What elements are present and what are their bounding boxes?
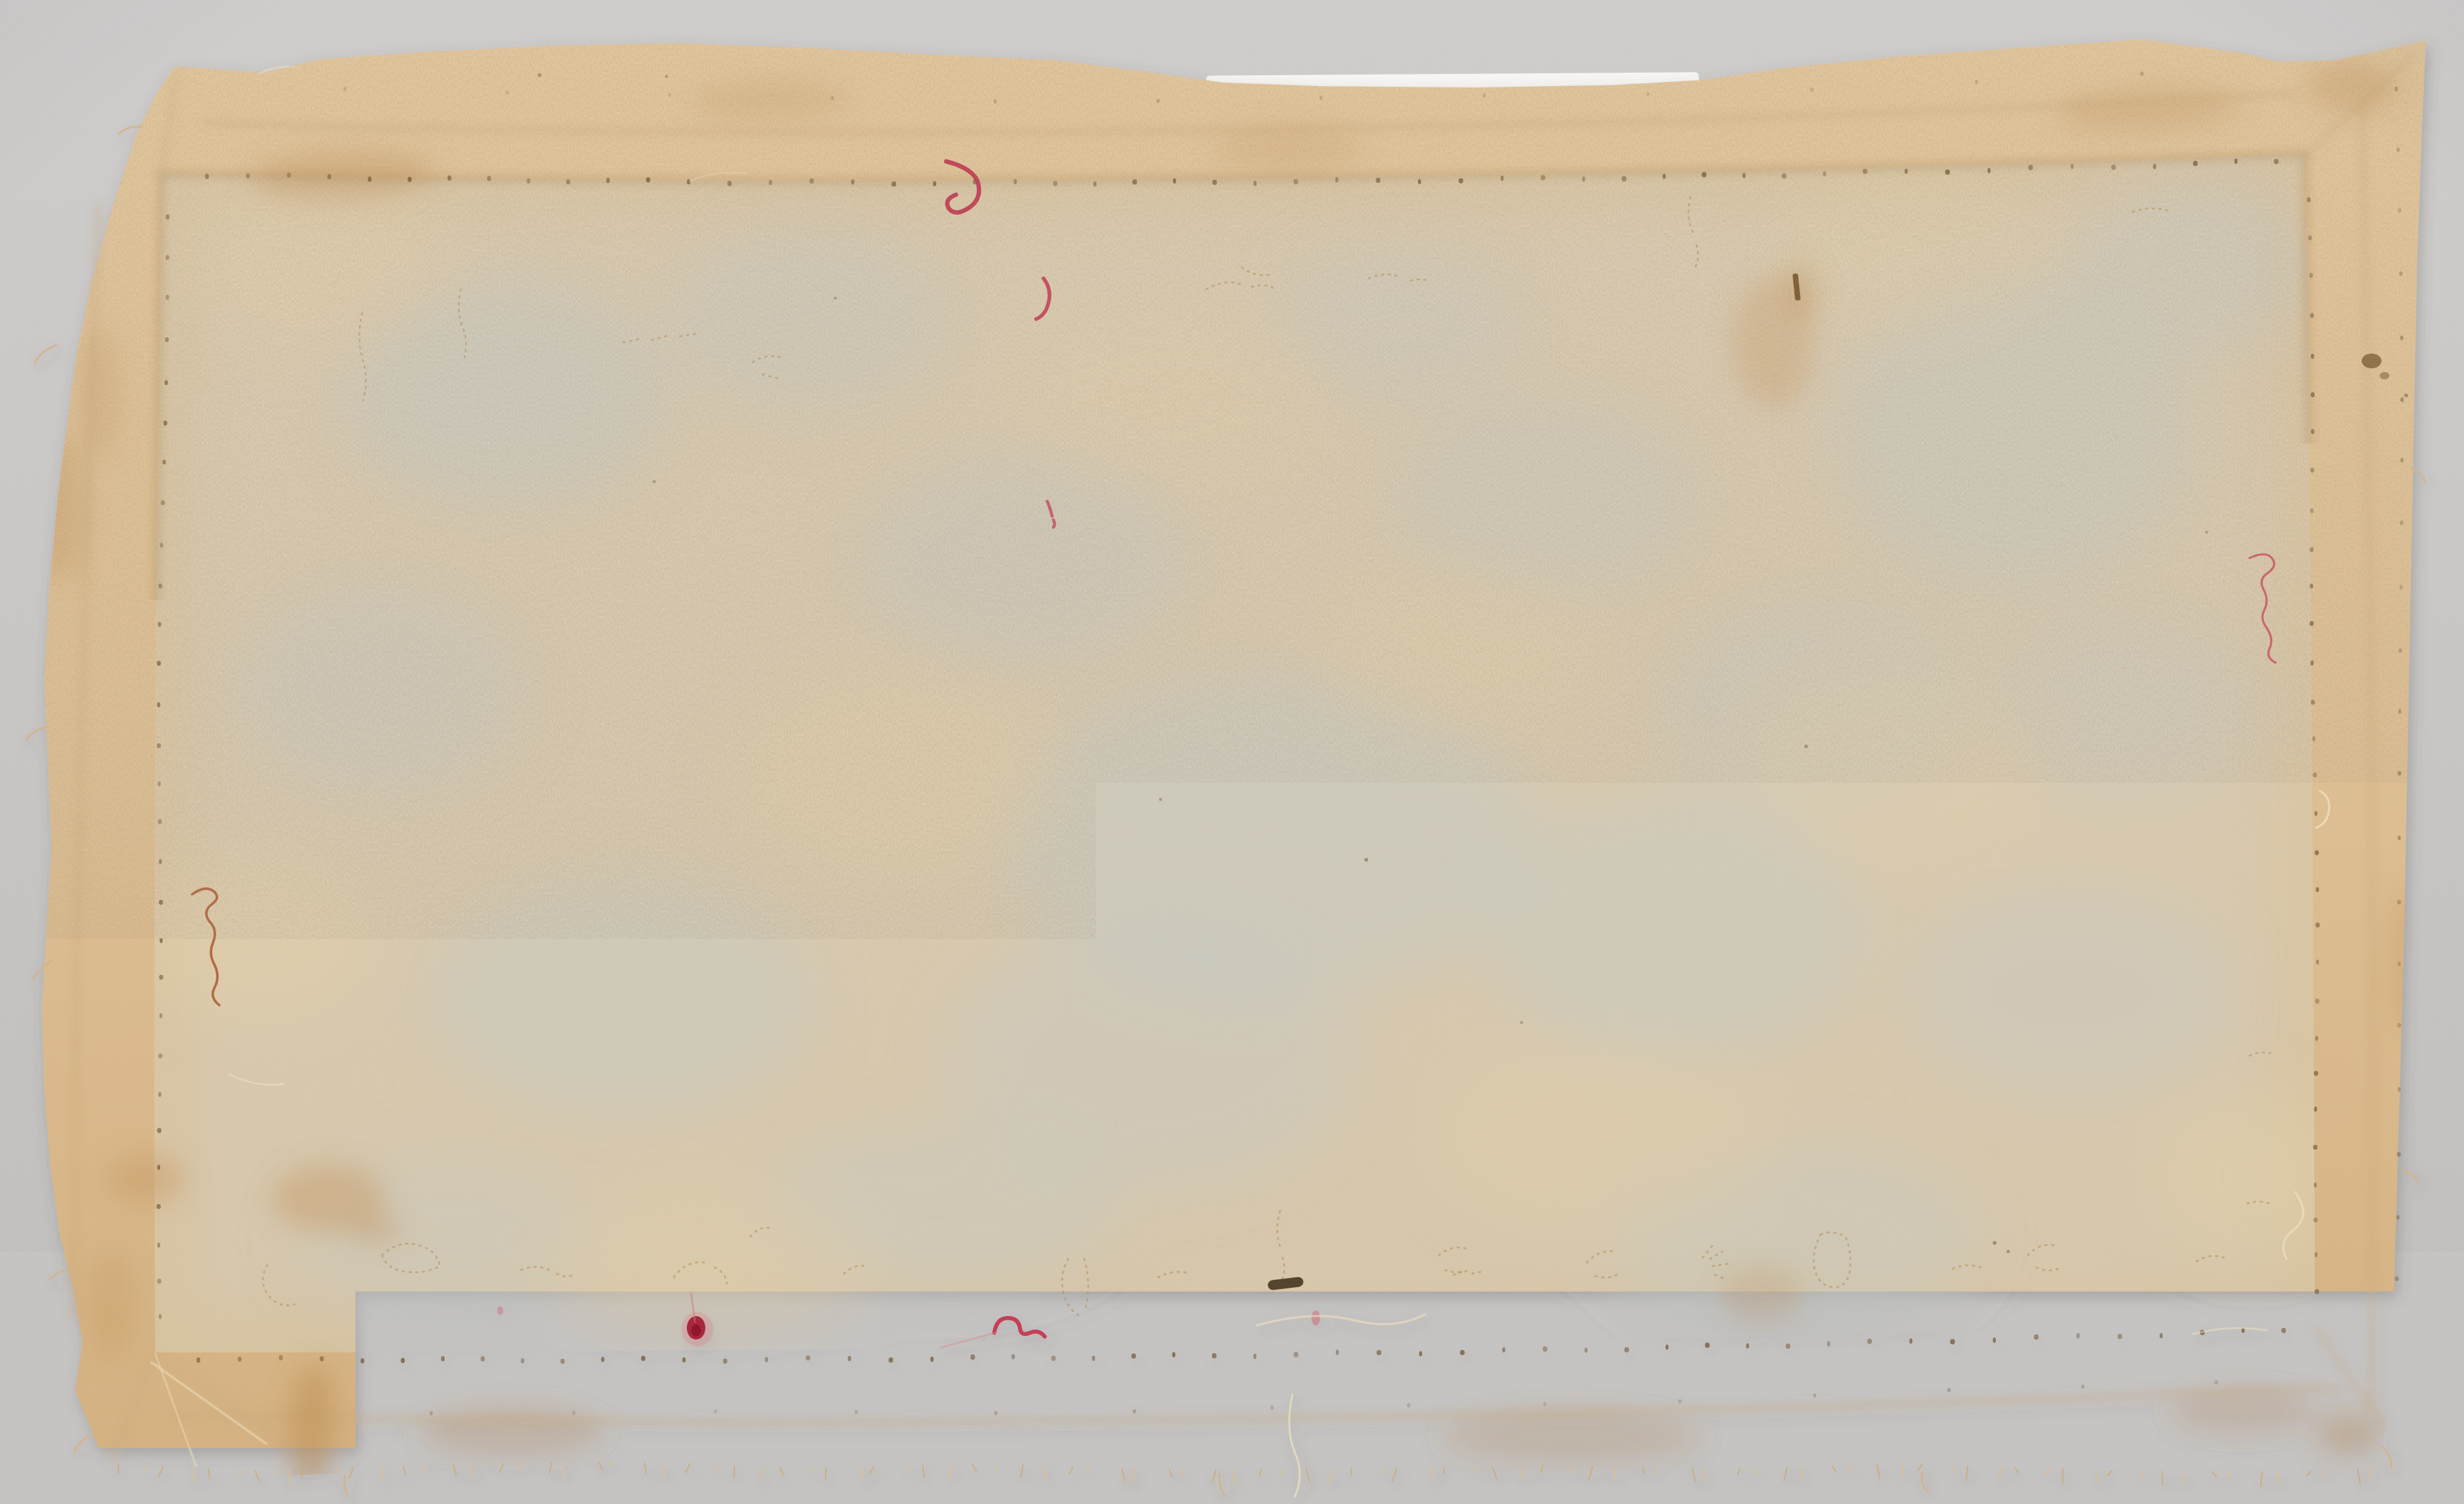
photo-vignette (0, 0, 2464, 1504)
photo-stage (0, 0, 2464, 1504)
artifact-photo-svg (0, 0, 2464, 1504)
